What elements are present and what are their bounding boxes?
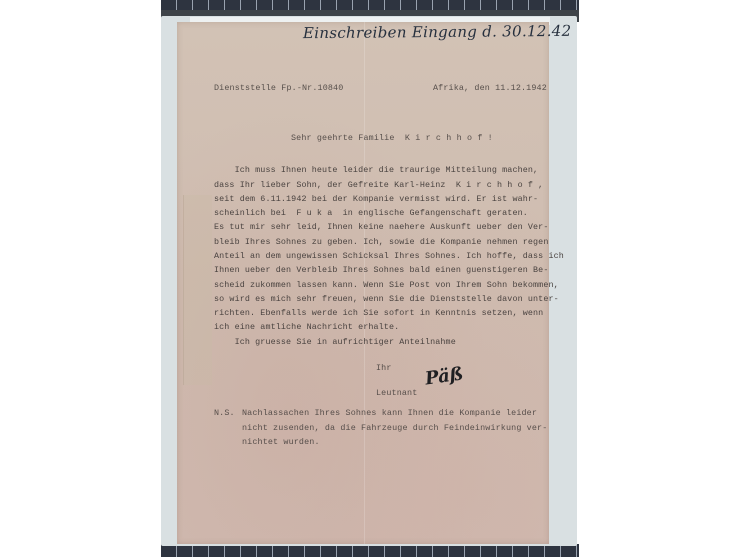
rank-line: Leutnant [376, 388, 417, 398]
body-line: ich eine amtliche Nachricht erhalte. [214, 322, 399, 332]
postscript-line: nichtet wurden. [242, 437, 320, 447]
place-date-line: Afrika, den 11.12.1942 [433, 83, 547, 93]
body-line: Es tut mir sehr leid, Ihnen keine naeher… [214, 222, 548, 232]
postscript-label: N.S. [214, 408, 235, 418]
postscript-line: Nachlassachen Ihres Sohnes kann Ihnen di… [242, 408, 537, 418]
body-line: Ihnen ueber den Verbleib Ihres Sohnes ba… [214, 265, 548, 275]
body-line: dass Ihr lieber Sohn, der Gefreite Karl-… [214, 180, 543, 190]
body-line: richten. Ebenfalls werde ich Sie sofort … [214, 308, 543, 318]
postscript-line: nicht zusenden, da die Fahrzeuge durch F… [242, 423, 547, 433]
closing-ihr: Ihr [376, 363, 392, 373]
paper-stain [183, 195, 212, 385]
salutation: Sehr geehrte Familie K i r c h h o f ! [291, 133, 493, 143]
handwritten-receipt-note: Einschreiben Eingang d. 30.12.42 [303, 22, 572, 42]
body-line: so wird es mich sehr freuen, wenn Sie di… [214, 294, 559, 304]
closing-line: Ich gruesse Sie in aufrichtiger Anteilna… [214, 337, 456, 347]
body-line: scheinlich bei F u k a in englische Gefa… [214, 208, 528, 218]
sender-line: Dienststelle Fp.-Nr.10840 [214, 83, 343, 93]
body-line: scheid zukommen lassen kann. Wenn Sie Po… [214, 280, 559, 290]
body-line: Anteil an dem ungewissen Schicksal Ihres… [214, 251, 564, 261]
body-line: Ich muss Ihnen heute leider die traurige… [214, 165, 538, 175]
body-line: bleib Ihres Sohnes zu geben. Ich, sowie … [214, 237, 548, 247]
body-line: seit dem 6.11.1942 bei der Kompanie verm… [214, 194, 538, 204]
